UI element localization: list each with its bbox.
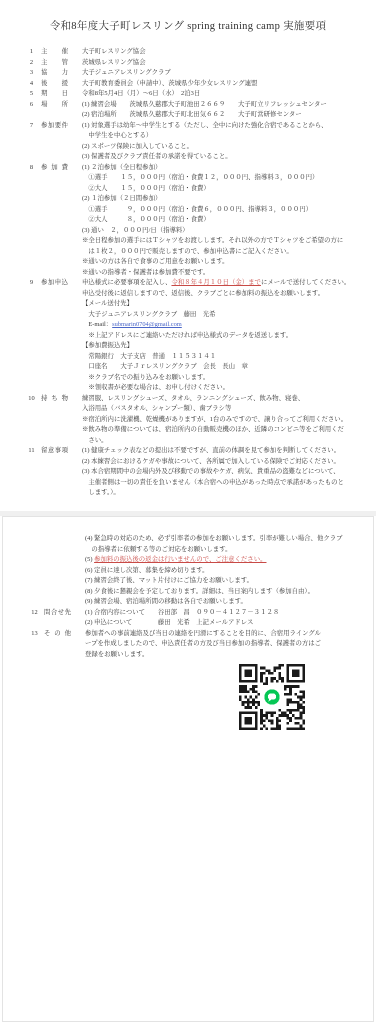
text-segment: (5) bbox=[85, 556, 94, 563]
doc-line: (1) 合宿内容について 谷田部 昌 ０９０－４１２７－３１２８ bbox=[85, 608, 370, 619]
page1-item-list: 1主催大子町レスリング協会2主管茨城県レスリング協会3協力大子ジュニアレスリング… bbox=[0, 47, 376, 499]
item-label bbox=[44, 534, 71, 608]
doc-item: 10持ち物練習服、レスリングシューズ、タオル、ランニングシューズ、飲み物、寝巻、… bbox=[24, 394, 373, 447]
item-content: 申込様式に必要事項を記入し、令和８年４月１０日（金）までにメールで送付してくださ… bbox=[82, 278, 373, 394]
item-number: 5 bbox=[24, 89, 39, 100]
item-label: 場所 bbox=[41, 100, 68, 121]
doc-line: (2) 申込について 藤田 光希 上記メールアドレス bbox=[85, 618, 370, 629]
text-segment: にメールで送付してください。 bbox=[261, 279, 350, 286]
item-label: 参加要件 bbox=[41, 121, 68, 163]
doc-line: 登録をお願いします。 bbox=[85, 650, 370, 661]
red-underline-text: 参加料の振込後の返金は行いませんので、ご注意ください。 bbox=[94, 556, 266, 563]
item-number: 7 bbox=[24, 121, 39, 163]
doc-line: 口座名 大子Ｊｒレスリングクラブ 会長 長山 章 bbox=[82, 362, 373, 373]
item-content: (1) 練習会場 茨城県久慈郡大子町池田２６６９ 大子町立リフレッシュセンター(… bbox=[82, 100, 373, 121]
doc-line: (9) 練習会場、宿泊場所間の移動は各自でお願いします。 bbox=[85, 597, 370, 608]
item-number: 2 bbox=[24, 58, 39, 69]
doc-line: ①選手 ９，０００円（宿泊・食費６，０００円、指導料３，０００円） bbox=[82, 205, 373, 216]
doc-line: (2) スポーツ保険に加入していること。 bbox=[82, 142, 373, 153]
item-label: 参加申込 bbox=[41, 278, 68, 394]
item-content: 練習服、レスリングシューズ、タオル、ランニングシューズ、飲み物、寝巻、入浴用品（… bbox=[82, 394, 373, 447]
doc-line: 大子町教育委員会（申請中）、茨城県少年少女レスリング連盟 bbox=[82, 79, 373, 90]
item-label: 問合せ先 bbox=[44, 608, 71, 629]
doc-line: ※領収書が必要な場合は、お申し付けください。 bbox=[82, 383, 373, 394]
doc-line: ※宿泊所内に洗濯機、乾燥機がありますが、1台のみですので、譲り合ってご利用くださ… bbox=[82, 415, 373, 426]
doc-line: さい。 bbox=[82, 436, 373, 447]
item-number: 12 bbox=[27, 608, 42, 629]
doc-line: ②大人 １５，０００円（宿泊・食費） bbox=[82, 184, 373, 195]
doc-line: (1) 健康チェック表などの提出は不要ですが、直前の体調を見て参加を判断してくだ… bbox=[82, 446, 373, 457]
doc-item: 4後援大子町教育委員会（申請中）、茨城県少年少女レスリング連盟 bbox=[24, 79, 373, 90]
doc-line: (1) 対象選手は幼年～中学生とする（ただし、全中に向けた強化合宿であることから… bbox=[82, 121, 373, 132]
doc-line: ※通いの指導者・保護者は参加費不要です。 bbox=[82, 268, 373, 279]
item-content: (1) 健康チェック表などの提出は不要ですが、直前の体調を見て参加を判断してくだ… bbox=[82, 446, 373, 499]
item-number: 9 bbox=[24, 278, 39, 394]
doc-item: 12問合せ先(1) 合宿内容について 谷田部 昌 ０９０－４１２７－３１２８(2… bbox=[27, 608, 370, 629]
doc-line: ※飲み物の準備については、宿泊所内の自動販売機のほか、近隣のコンビニ等をご利用く… bbox=[82, 425, 373, 436]
doc-line: 主催者側は一切の責任を負いません（本合宿への申込があった時点で承諾があったものと bbox=[82, 478, 373, 489]
item-content: 令和8年5月4日（月）～6日（水） 2泊3日 bbox=[82, 89, 373, 100]
doc-line: 練習服、レスリングシューズ、タオル、ランニングシューズ、飲み物、寝巻、 bbox=[82, 394, 373, 405]
doc-line: 令和8年5月4日（月）～6日（水） 2泊3日 bbox=[82, 89, 373, 100]
page-title: 令和8年度大子町レスリング spring training camp 実施要項 bbox=[0, 20, 376, 34]
item-content: 大子町教育委員会（申請中）、茨城県少年少女レスリング連盟 bbox=[82, 79, 373, 90]
doc-line: (3) 通い ２，０００円/日（指導料） bbox=[82, 226, 373, 237]
doc-line: (5) 参加料の振込後の返金は行いませんので、ご注意ください。 bbox=[85, 555, 370, 566]
doc-line: 大子ジュニアレスリングクラブ bbox=[82, 68, 373, 79]
document-page-1: 令和8年度大子町レスリング spring training camp 実施要項 … bbox=[0, 0, 376, 511]
doc-line: (1) 練習会場 茨城県久慈郡大子町池田２６６９ 大子町立リフレッシュセンター bbox=[82, 100, 373, 111]
item-label: 後援 bbox=[41, 79, 68, 90]
item-number bbox=[27, 534, 42, 608]
doc-line: の指導者に依頼する等のご対応をお願いします。 bbox=[85, 545, 370, 556]
item-content: 大子町レスリング協会 bbox=[82, 47, 373, 58]
doc-line: ②大人 ８，０００円（宿泊・食費） bbox=[82, 215, 373, 226]
doc-item: 5期日令和8年5月4日（月）～6日（水） 2泊3日 bbox=[24, 89, 373, 100]
item-number: 11 bbox=[24, 446, 39, 499]
item-number: 10 bbox=[24, 394, 39, 447]
doc-line: 【メール送付先】 bbox=[82, 299, 373, 310]
doc-line: (8) 夕食後に懇親会を予定しております。詳細は、当日案内します（参加自由）。 bbox=[85, 587, 370, 598]
doc-line: ①選手 １５，０００円（宿泊・食費１２，０００円、指導料３，０００円） bbox=[82, 173, 373, 184]
item-number: 4 bbox=[24, 79, 39, 90]
item-content: (4) 緊急時の対応のため、必ず引率者の参加をお願いします。引率が難しい場合、他… bbox=[85, 534, 370, 608]
doc-line: E-mail：submarin0704@gmail.com bbox=[82, 320, 373, 331]
item-content: 茨城県レスリング協会 bbox=[82, 58, 373, 69]
doc-line: (6) 定員に達し次第、募集を締め切ります。 bbox=[85, 566, 370, 577]
doc-line: (2) 本練習会におけるケガや事故について、各所属で加入している保険でご対応くだ… bbox=[82, 457, 373, 468]
doc-line: (3) 保護者及びクラブ責任者の承諾を得ていること。 bbox=[82, 152, 373, 163]
item-content: (1) ２泊参加（全日程参加） ①選手 １５，０００円（宿泊・食費１２，０００円… bbox=[82, 163, 373, 279]
email-link[interactable]: submarin0704@gmail.com bbox=[112, 321, 182, 328]
doc-item: 8参加費(1) ２泊参加（全日程参加） ①選手 １５，０００円（宿泊・食費１２，… bbox=[24, 163, 373, 279]
doc-line: ※上記アドレスにご連絡いただければ申込様式のデータを返送します。 bbox=[82, 331, 373, 342]
doc-line: (1) ２泊参加（全日程参加） bbox=[82, 163, 373, 174]
doc-line: (2) 宿泊場所 茨城県久慈郡大子町北田気６６２ 大子町営研修センター bbox=[82, 110, 373, 121]
doc-line: 入浴用品（バスタオル、シャンプー類）、歯ブラシ等 bbox=[82, 404, 373, 415]
doc-item: 7参加要件(1) 対象選手は幼年～中学生とする（ただし、全中に向けた強化合宿であ… bbox=[24, 121, 373, 163]
item-label: 持ち物 bbox=[41, 394, 68, 447]
qr-row bbox=[239, 664, 373, 730]
item-label: 協力 bbox=[41, 68, 68, 79]
text-segment: 申込様式に必要事項を記入し、 bbox=[82, 279, 171, 286]
red-underline-text: 令和８年４月１０日（金）まで bbox=[171, 279, 260, 286]
document-page-2: (4) 緊急時の対応のため、必ず引率者の参加をお願いします。引率が難しい場合、他… bbox=[2, 516, 374, 1022]
item-label: 主催 bbox=[41, 47, 68, 58]
doc-line: ※通いの方は各自で食事のご用意をお願いします。 bbox=[82, 257, 373, 268]
doc-item: (4) 緊急時の対応のため、必ず引率者の参加をお願いします。引率が難しい場合、他… bbox=[27, 534, 370, 608]
doc-line: ープを作成しましたので、申込責任者の方及び当日参加の指導者、保護者の方はご bbox=[85, 639, 370, 650]
doc-line: は１枚２，０００円で販売しますので、参加申込書にご記入ください。 bbox=[82, 247, 373, 258]
item-number: 8 bbox=[24, 163, 39, 279]
doc-item: 3協力大子ジュニアレスリングクラブ bbox=[24, 68, 373, 79]
item-content: 参加者への事前連絡及び当日の連絡を円滑にすることを目的に、合宿用ライングループを… bbox=[85, 629, 370, 661]
doc-line: 【参加費振込先】 bbox=[82, 341, 373, 352]
doc-line: ※全日程参加の選手にはＴシャツをお渡しします。それ以外の方でＴシャツをご希望の方… bbox=[82, 236, 373, 247]
doc-line: 中学生を中心とする） bbox=[82, 131, 373, 142]
doc-line: 申込受付後に返信しますので、返信後、クラブごとに参加料の振込をお願いします。 bbox=[82, 289, 373, 300]
line-qr-code bbox=[239, 664, 305, 730]
doc-item: 9参加申込申込様式に必要事項を記入し、令和８年４月１０日（金）までにメールで送付… bbox=[24, 278, 373, 394]
item-content: (1) 合宿内容について 谷田部 昌 ０９０－４１２７－３１２８(2) 申込につ… bbox=[85, 608, 370, 629]
item-number: 13 bbox=[27, 629, 42, 661]
doc-item: 11留意事項(1) 健康チェック表などの提出は不要ですが、直前の体調を見て参加を… bbox=[24, 446, 373, 499]
item-content: 大子ジュニアレスリングクラブ bbox=[82, 68, 373, 79]
doc-line: (7) 練習会終了後、マット片付けにご協力をお願いします。 bbox=[85, 576, 370, 587]
item-number: 6 bbox=[24, 100, 39, 121]
doc-item: 13その他参加者への事前連絡及び当日の連絡を円滑にすることを目的に、合宿用ライン… bbox=[27, 629, 370, 661]
doc-line: ※クラブ名での振り込みをお願いします。 bbox=[82, 373, 373, 384]
item-label: 主管 bbox=[41, 58, 68, 69]
doc-line: 参加者への事前連絡及び当日の連絡を円滑にすることを目的に、合宿用ライングル bbox=[85, 629, 370, 640]
item-label: 参加費 bbox=[41, 163, 68, 279]
item-label: 留意事項 bbox=[41, 446, 68, 499]
doc-item: 1主催大子町レスリング協会 bbox=[24, 47, 373, 58]
doc-line: 茨城県レスリング協会 bbox=[82, 58, 373, 69]
doc-item: 2主管茨城県レスリング協会 bbox=[24, 58, 373, 69]
item-number: 1 bbox=[24, 47, 39, 58]
item-number: 3 bbox=[24, 68, 39, 79]
page2-item-list: (4) 緊急時の対応のため、必ず引率者の参加をお願いします。引率が難しい場合、他… bbox=[3, 534, 373, 660]
doc-line: 大子町レスリング協会 bbox=[82, 47, 373, 58]
item-content: (1) 対象選手は幼年～中学生とする（ただし、全中に向けた強化合宿であることから… bbox=[82, 121, 373, 163]
item-label: 期日 bbox=[41, 89, 68, 100]
doc-item: 6場所(1) 練習会場 茨城県久慈郡大子町池田２６６９ 大子町立リフレッシュセン… bbox=[24, 100, 373, 121]
doc-line: (3) 本合宿期間中の会場内外及び移動での事故やケガ、病気、貴重品の盗難などにつ… bbox=[82, 467, 373, 478]
doc-line: 申込様式に必要事項を記入し、令和８年４月１０日（金）までにメールで送付してくださ… bbox=[82, 278, 373, 289]
doc-line: (4) 緊急時の対応のため、必ず引率者の参加をお願いします。引率が難しい場合、他… bbox=[85, 534, 370, 545]
item-label: その他 bbox=[44, 629, 71, 661]
doc-line: 常陽銀行 大子支店 普通 １１５３１４１ bbox=[82, 352, 373, 363]
doc-line: (2) １泊参加（２日間参加） bbox=[82, 194, 373, 205]
text-segment: E-mail： bbox=[82, 321, 112, 328]
doc-line: します。）。 bbox=[82, 488, 373, 499]
doc-line: 大子ジュニアレスリングクラブ 藤田 光希 bbox=[82, 310, 373, 321]
